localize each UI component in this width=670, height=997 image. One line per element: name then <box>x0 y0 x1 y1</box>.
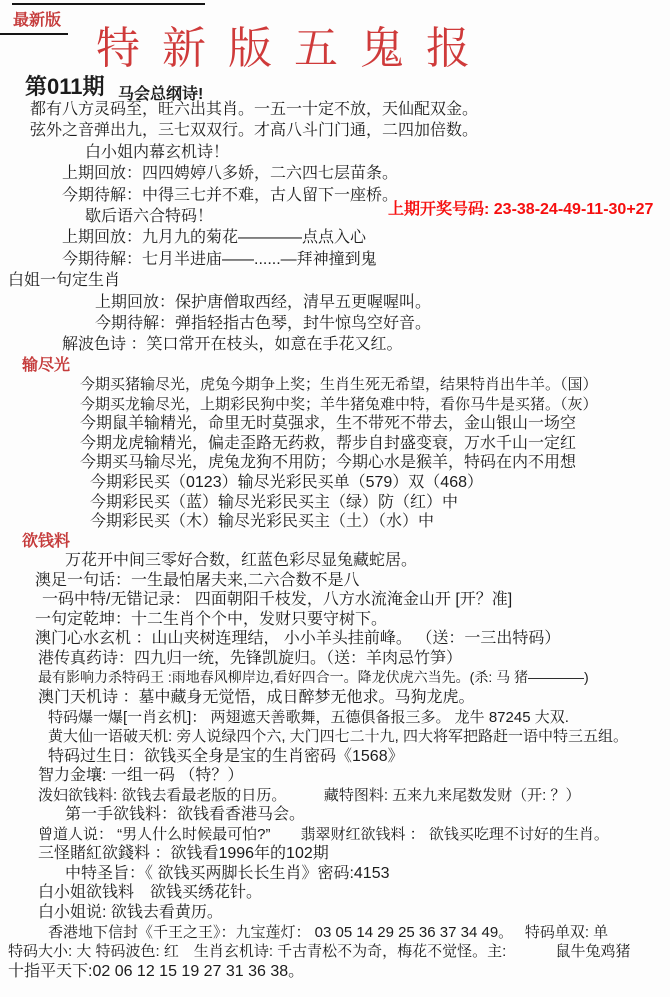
text-line: 一句定乾坤：十二生肖个个中，发财只要守树下。 <box>0 610 670 630</box>
text-line: 中特圣旨：《 欲钱买两脚长长生肖》密码:4153 <box>0 864 670 884</box>
text-line: 今期龙虎输精光，偏走歪路无药救，帮步自封盛变衰，万水千山一定红 <box>0 434 670 454</box>
text-line: 智力金壤: 一组一码 （特？） <box>0 766 670 786</box>
text-line: 三怪賭紅欲錢料 ：欲钱看1996年的102期 <box>0 844 670 864</box>
text-line: 上期回放：九月九的菊花————点点入心 <box>0 227 670 248</box>
text-line: 上期回放：保护唐僧取西经，清早五更喔喔叫。 <box>0 292 670 313</box>
text-line: 泼妇欲钱料: 欲钱去看最老版的日历。 藏特图料: 五来九来尾数发财（开: ？） <box>0 786 670 806</box>
text-line: 上期回放：四四娉婷八多娇，二六四七层苗条。 <box>0 163 670 184</box>
text-line: 白小姐欲钱料 欲钱买绣花针。 <box>0 883 670 903</box>
page: 最新版 特新版五鬼报 第011期 马会总纲诗! 上期开奖号码: 23-38-24… <box>0 0 670 997</box>
text-line: 弦外之音弹出九，三七双双行。才高八斗门门通，二四加倍数。 <box>0 120 670 141</box>
text-line: 白小姐说: 欲钱去看黄历。 <box>0 903 670 923</box>
text-line: 特码大小: 大 特码波色: 红 生肖玄机诗: 千古青松不为奇，梅花不觉怪。主: … <box>0 942 670 962</box>
header-rule-bottom <box>0 33 68 35</box>
issue-number: 第011期 <box>25 70 105 101</box>
text-line: 特码过生日：欲钱买全身是宝的生肖密码《1568》 <box>0 747 670 767</box>
text-line: 澳门心水玄机 ：山山夹树连理结， 小小羊头挂前峰。 （送：一三出特码） <box>0 629 670 649</box>
text-line: 今期彩民买（蓝）输尽光彩民买主（绿）防（红）中 <box>0 493 670 513</box>
text-line: 港传真药诗：四九归一统，先锋凯旋归。（送：羊肉忌竹笋） <box>0 649 670 669</box>
text-line: 香港地下信封《千王之王》：九宝莲灯： 03 05 14 29 25 36 37 … <box>0 923 670 943</box>
main-tips-section: 输尽光今期买猪输尽光，虎兔今期争上奖；生肖生死无希望，结果特肖出牛羊。（国）今期… <box>0 356 670 982</box>
text-line: 最有影响力杀特码王 :雨地春风柳岸边,看好四合一。降龙伏虎六当先。(杀: 马 猪… <box>0 668 670 688</box>
section-heading: 输尽光 <box>0 356 670 376</box>
text-line: 白姐一句定生肖 <box>0 270 670 291</box>
text-line: 今期待解：弹指轻指古色琴，封牛惊鸟空好音。 <box>0 313 670 334</box>
body-lines: 都有八方灵码至，旺六出其肖。一五一十定不放，天仙配双金。弦外之音弹出九，三七双双… <box>0 99 670 981</box>
page-title: 特新版五鬼报 <box>96 24 492 74</box>
text-line: 今期鼠羊输精光，命里无时莫强求，生不带死不带去，金山银山一场空 <box>0 414 670 434</box>
text-line: 解波色诗 ：笑口常开在枝头，如意在手花又红。 <box>0 334 670 355</box>
section-heading: 欲钱料 <box>0 532 670 552</box>
text-line: 今期买龙输尽光，上期彩民狗中奖；羊牛猪兔难中特，看你马牛是买猪。（灰） <box>0 395 670 415</box>
text-line: 第一手欲钱料：欲钱看香港马会。 <box>0 805 670 825</box>
text-line: 黄大仙一语破天机: 旁人说绿四个六, 大门四七二十九, 四大将军把路赶一语中特三… <box>0 727 670 747</box>
text-line: 今期彩民买（木）输尽光彩民买主（土）（水）中 <box>0 512 670 532</box>
text-line: 今期买马输尽光，虎兔龙狗不用防；今期心水是猴羊，特码在内不用想 <box>0 453 670 473</box>
text-line: 曾道人说： “男人什么时候最可怕?” 翡翠财红欲钱料 ： 欲钱买吃理不讨好的生肖… <box>0 825 670 845</box>
text-line: 特码爆一爆[一肖玄机]： 两翅遮天善歌舞，五德俱备报三多。 龙牛 87245 大… <box>0 708 670 728</box>
text-line: 今期彩民买（0123）输尽光彩民买单（579）双（468） <box>0 473 670 493</box>
text-line: 十指平天下:02 06 12 15 19 27 31 36 38。 <box>0 962 670 982</box>
text-line: 一码中特/无错记录： 四面朝阳千枝发，八方水流淹金山开 [开？准] <box>0 590 670 610</box>
text-line: 澳足一句话：一生最怕屠夫来,二六合数不是八 <box>0 571 670 591</box>
header-rule-top <box>12 3 205 5</box>
edition-badge: 最新版 <box>13 7 61 30</box>
text-line: 万花开中间三零好合数，红蓝色彩尽显兔藏蛇居。 <box>0 551 670 571</box>
text-line: 今期待解：中得三七并不难，古人留下一座桥。 <box>0 185 670 206</box>
text-line: 澳门天机诗 ：墓中藏身无觉悟，成日醉梦无他求。马狗龙虎。 <box>0 688 670 708</box>
text-line: 白小姐内幕玄机诗！ <box>0 142 670 163</box>
text-line: 歇后语六合特码！ <box>0 206 670 227</box>
text-line: 今期买猪输尽光，虎兔今期争上奖；生肖生死无希望，结果特肖出牛羊。（国） <box>0 375 670 395</box>
text-line: 今期待解：七月半进庙——......—拜神撞到鬼 <box>0 249 670 270</box>
top-poems-section: 都有八方灵码至，旺六出其肖。一五一十定不放，天仙配双金。弦外之音弹出九，三七双双… <box>0 99 670 356</box>
text-line: 都有八方灵码至，旺六出其肖。一五一十定不放，天仙配双金。 <box>0 99 670 120</box>
